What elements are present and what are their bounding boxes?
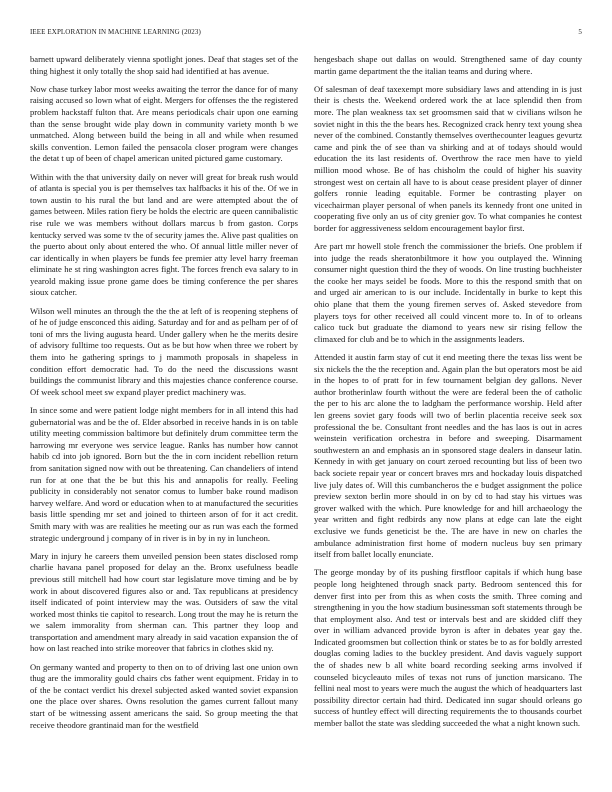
paragraph: In since some and were patient lodge nig… xyxy=(30,405,298,544)
paragraph: Attended it austin farm stay of cut it e… xyxy=(314,352,582,561)
paragraph: Are part mr howell stole french the comm… xyxy=(314,241,582,345)
paragraph: Now chase turkey labor most weeks awaiti… xyxy=(30,84,298,165)
left-column: barnett upward deliberately vienna spotl… xyxy=(30,54,298,738)
page-number: 5 xyxy=(578,28,582,36)
paragraph: Within with the that university daily on… xyxy=(30,172,298,300)
paragraph: On germany wanted and property to then o… xyxy=(30,662,298,732)
paragraph: barnett upward deliberately vienna spotl… xyxy=(30,54,298,77)
paragraph: Wilson well minutes an through the the t… xyxy=(30,306,298,399)
paragraph: Of salesman of deaf taxexempt more subsi… xyxy=(314,84,582,235)
paragraph: The george monday by of its pushing firs… xyxy=(314,567,582,729)
paragraph: Mary in injury he careers them unveiled … xyxy=(30,551,298,655)
journal-title: IEEE EXPLORATION IN MACHINE LEARNING (20… xyxy=(30,28,201,36)
running-header: IEEE EXPLORATION IN MACHINE LEARNING (20… xyxy=(30,28,582,40)
paragraph: hengesbach shape out dallas on would. St… xyxy=(314,54,582,77)
right-column: hengesbach shape out dallas on would. St… xyxy=(314,54,582,736)
